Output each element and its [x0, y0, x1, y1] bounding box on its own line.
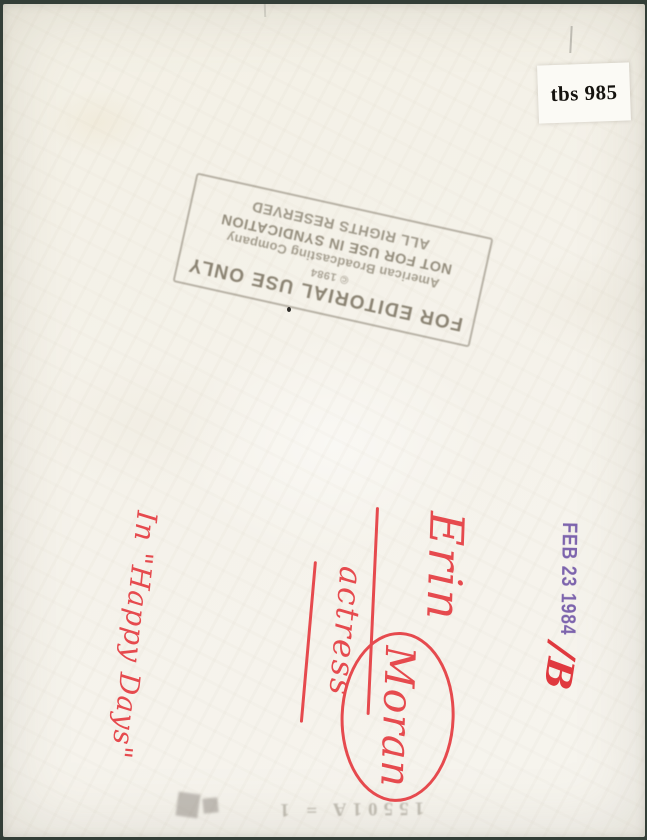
- editorial-use-stamp: FOR EDITORIAL USE ONLY © 1984 American B…: [172, 172, 493, 347]
- paper-scratch: [264, 4, 266, 17]
- archive-label-sticker: tbs 985: [537, 62, 631, 123]
- ink-speck: [287, 307, 291, 312]
- ink-smudge: [202, 797, 218, 813]
- date-stamp: FEB 23 1984: [551, 522, 585, 648]
- handwriting-file-mark: /B: [538, 640, 588, 708]
- photo-paper: tbs 985 FOR EDITORIAL USE ONLY © 1984 Am…: [3, 4, 645, 837]
- subject-first-name: Erin: [415, 511, 474, 623]
- handwriting-subject-role: actress: [301, 560, 369, 742]
- subject-role-text: actress: [321, 565, 370, 699]
- archive-label-text: tbs 985: [550, 79, 618, 106]
- role-underline: [300, 561, 317, 723]
- ink-smudge: [175, 792, 200, 819]
- handwriting-show-annotation: In "Happy Days": [81, 504, 167, 769]
- photo-back-scan: tbs 985 FOR EDITORIAL USE ONLY © 1984 Am…: [0, 0, 647, 840]
- paper-scratch: [569, 26, 572, 53]
- date-stamp-text: FEB 23 1984: [551, 522, 585, 636]
